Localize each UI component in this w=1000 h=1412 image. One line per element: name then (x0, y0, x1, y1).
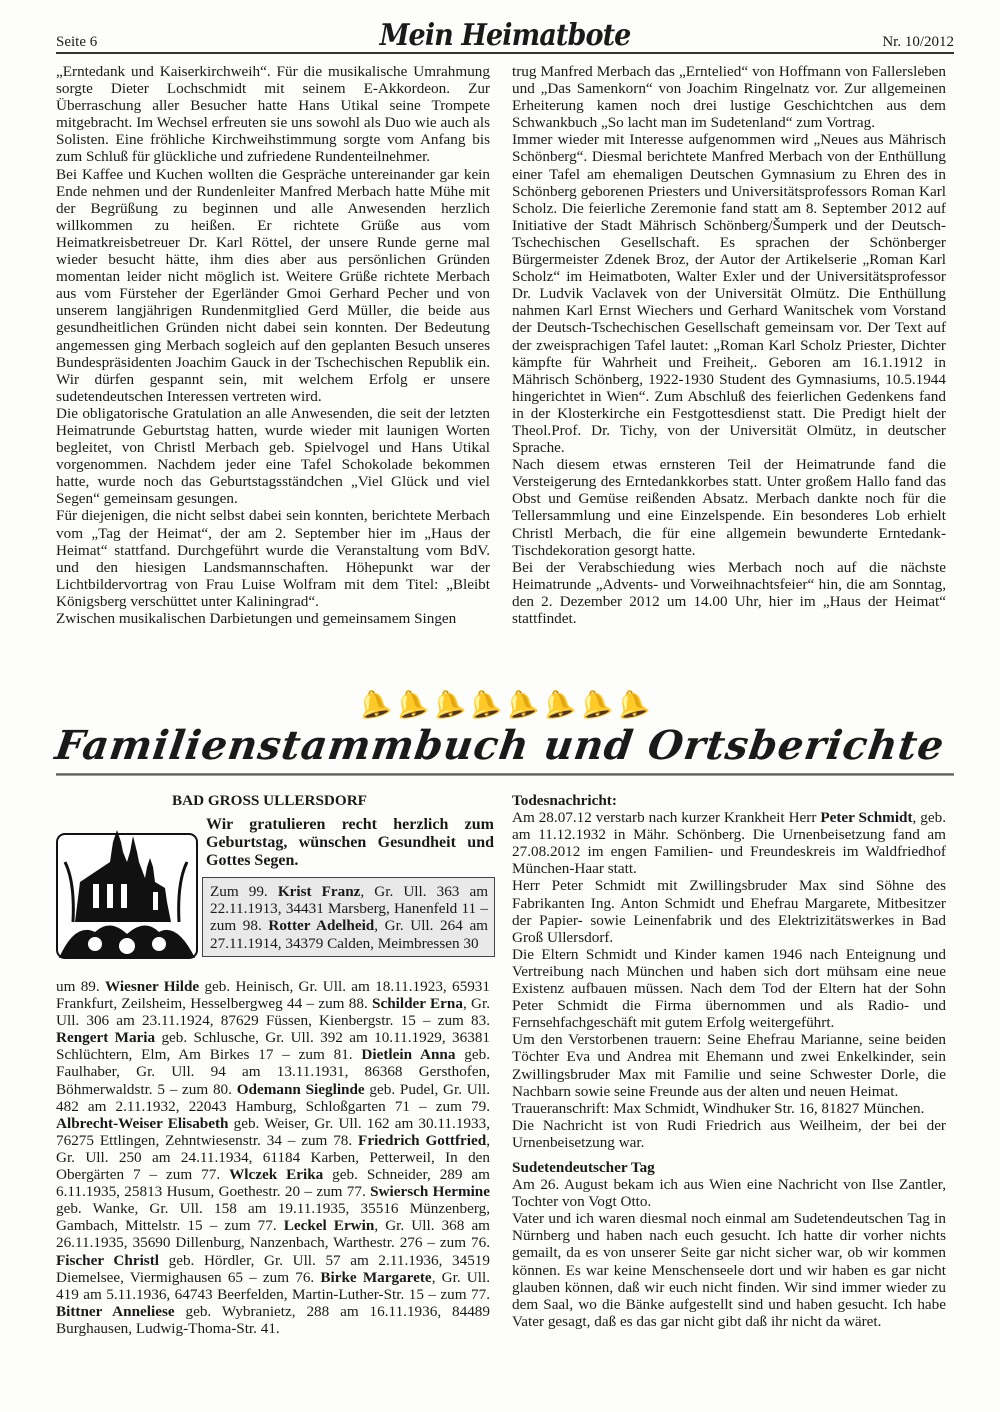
celebrant-name: Birke Margarete (320, 1269, 431, 1286)
bell-icon: 🔔 (355, 686, 394, 723)
paragraph: Für diejenigen, die nicht selbst dabei s… (56, 507, 490, 610)
celebrant-name: Friedrich Gottfried (358, 1132, 486, 1149)
celebrant-name: Krist Franz (278, 883, 361, 900)
paragraph: Immer wieder mit Interesse aufgenommen w… (512, 131, 946, 456)
paragraph: Vater und ich waren diesmal noch einmal … (512, 1210, 946, 1330)
church-emblem-icon (55, 822, 200, 960)
paragraph: „Erntedank und Kaiserkirchweih“. Für die… (56, 63, 490, 166)
bell-icon: 🔔 (391, 686, 430, 723)
birthday-entries: um 89. Wiesner Hilde geb. Heinisch, Gr. … (56, 978, 490, 1337)
sudeten-day-heading: Sudetendeutscher Tag (512, 1159, 946, 1176)
bell-icon: 🔔 (428, 686, 467, 723)
paragraph: Am 28.07.12 verstarb nach kurzer Krankhe… (512, 809, 946, 877)
celebrant-name: Odemann Sieglinde (237, 1081, 365, 1098)
obit-text: Am 28.07.12 verstarb nach kurzer Krankhe… (512, 809, 820, 826)
paragraph: trug Manfred Merbach das „Erntelied“ von… (512, 63, 946, 131)
paragraph: Die Eltern Schmidt und Kinder kamen 1946… (512, 946, 946, 1031)
article-left-column: „Erntedank und Kaiserkirchweih“. Für die… (56, 63, 490, 627)
celebrant-name: Rengert Maria (56, 1029, 155, 1046)
issue-number: Nr. 10/2012 (882, 34, 954, 51)
newspaper-page: Seite 6 Mein Heimatbote Nr. 10/2012 „Ern… (0, 0, 1000, 1412)
entry-text: um 89. (56, 978, 105, 995)
celebrant-name: Albrecht-Weiser Elisabeth (56, 1115, 228, 1132)
paragraph: Zwischen musikalischen Darbietungen und … (56, 610, 490, 627)
header-rule (56, 52, 954, 54)
celebrant-name: Wlczek Erika (229, 1166, 323, 1183)
article-right-column: trug Manfred Merbach das „Erntelied“ von… (512, 63, 946, 627)
obituary-column: Todesnachricht: Am 28.07.12 verstarb nac… (512, 792, 946, 1330)
celebrant-name: Swiersch Hermine (370, 1183, 490, 1200)
bell-icon: 🔔 (575, 686, 614, 723)
celebrant-name: Fischer Christl (56, 1252, 159, 1269)
celebrant-name: Wiesner Hilde (105, 978, 199, 995)
paragraph: Bei der Verabschiedung wies Merbach noch… (512, 559, 946, 627)
bell-icon: 🔔 (539, 686, 578, 723)
bell-icon: 🔔 (465, 686, 504, 723)
celebrant-name: Dietlein Anna (361, 1046, 455, 1063)
celebrant-name: Schilder Erna (372, 995, 463, 1012)
masthead: Mein Heimatbote (380, 18, 631, 53)
paragraph: Um den Verstorbenen trauern: Seine Ehefr… (512, 1031, 946, 1099)
paragraph: Traueranschrift: Max Schmidt, Windhuker … (512, 1100, 946, 1117)
spacer (512, 1151, 946, 1159)
page-header: Seite 6 Mein Heimatbote Nr. 10/2012 (56, 14, 954, 50)
birthday-list: um 89. Wiesner Hilde geb. Heinisch, Gr. … (56, 978, 490, 1337)
deceased-name: Peter Schmidt (820, 809, 912, 826)
box-text: Zum 99. (210, 883, 278, 900)
paragraph: Bei Kaffee und Kuchen wollten die Gesprä… (56, 166, 490, 405)
paragraph: Am 26. August bekam ich aus Wien eine Na… (512, 1176, 946, 1210)
bells-ornament: 🔔 🔔 🔔 🔔 🔔 🔔 🔔 🔔 (358, 690, 648, 720)
page-number: Seite 6 (56, 34, 97, 51)
paragraph: Nach diesem etwas ernsteren Teil der Hei… (512, 456, 946, 559)
obituary-heading: Todesnachricht: (512, 792, 946, 809)
celebrant-name: Bittner Anneliese (56, 1303, 175, 1320)
section-title: Familienstammbuch und Ortsberichte (0, 722, 1000, 769)
town-heading: BAD GROSS ULLERSDORF (172, 792, 367, 810)
birthday-greeting: Wir gratulieren recht herzlich zum Gebur… (206, 816, 494, 870)
section-rule (56, 773, 954, 776)
bell-icon: 🔔 (612, 686, 651, 723)
paragraph: Die obligatorische Gratulation an alle A… (56, 405, 490, 508)
birthday-highlight-box: Zum 99. Krist Franz, Gr. Ull. 363 am 22.… (202, 877, 495, 957)
paragraph: Herr Peter Schmidt mit Zwillingsbruder M… (512, 877, 946, 945)
paragraph: Die Nachricht ist von Rudi Friedrich aus… (512, 1117, 946, 1151)
celebrant-name: Rotter Adelheid (268, 917, 374, 934)
bell-icon: 🔔 (502, 686, 541, 723)
celebrant-name: Leckel Erwin (284, 1217, 375, 1234)
